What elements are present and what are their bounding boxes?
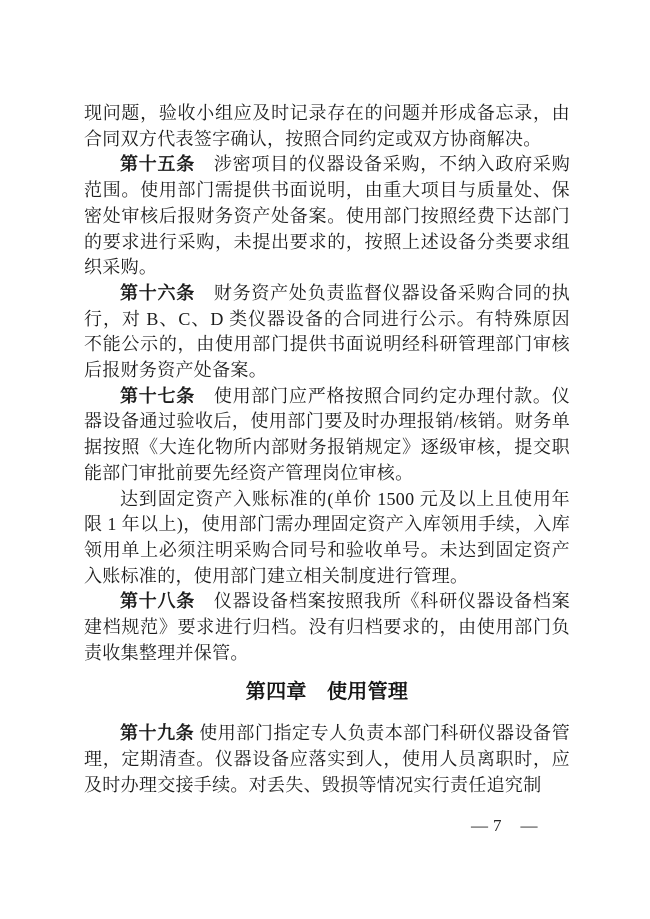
paragraph-article-15: 第十五条 涉密项目的仪器设备采购，不纳入政府采购范围。使用部门需提供书面说明，由… <box>84 152 570 281</box>
paragraph-fixed-assets: 达到固定资产入账标准的(单价 1500 元及以上且使用年限 1 年以上)，使用部… <box>84 487 570 590</box>
article-number: 第十六条 <box>120 283 195 303</box>
paragraph-article-17: 第十七条 使用部门应严格按照合同约定办理付款。仪器设备通过验收后，使用部门要及时… <box>84 384 570 487</box>
page-number: —7— <box>471 816 538 836</box>
page-number-value: 7 <box>493 816 502 835</box>
paragraph-text: 达到固定资产入账标准的(单价 1500 元及以上且使用年限 1 年以上)，使用部… <box>84 489 570 586</box>
paragraph-article-19: 第十九条 使用部门指定专人负责本部门科研仪器设备管理，定期清查。仪器设备应落实到… <box>84 721 570 798</box>
article-number: 第十七条 <box>120 386 195 406</box>
chapter-heading: 第四章 使用管理 <box>84 678 570 706</box>
page-number-dash-right: — <box>521 816 538 835</box>
paragraph-continuation: 现问题，验收小组应及时记录存在的问题并形成备忘录，由合同双方代表签字确认，按照合… <box>84 101 570 152</box>
page-number-dash-left: — <box>471 816 488 835</box>
article-number: 第十九条 <box>120 723 194 743</box>
paragraph-article-18: 第十八条 仪器设备档案按照我所《科研仪器设备档案建档规范》要求进行归档。没有归档… <box>84 589 570 666</box>
article-number: 第十五条 <box>120 154 195 174</box>
paragraph-text: 现问题，验收小组应及时记录存在的问题并形成备忘录，由合同双方代表签字确认，按照合… <box>84 103 570 149</box>
article-number: 第十八条 <box>120 591 195 611</box>
page-content: 现问题，验收小组应及时记录存在的问题并形成备忘录，由合同双方代表签字确认，按照合… <box>84 101 570 799</box>
paragraph-article-16: 第十六条 财务资产处负责监督仪器设备采购合同的执行，对 B、C、D 类仪器设备的… <box>84 281 570 384</box>
document-page: 现问题，验收小组应及时记录存在的问题并形成备忘录，由合同双方代表签字确认，按照合… <box>0 0 650 919</box>
